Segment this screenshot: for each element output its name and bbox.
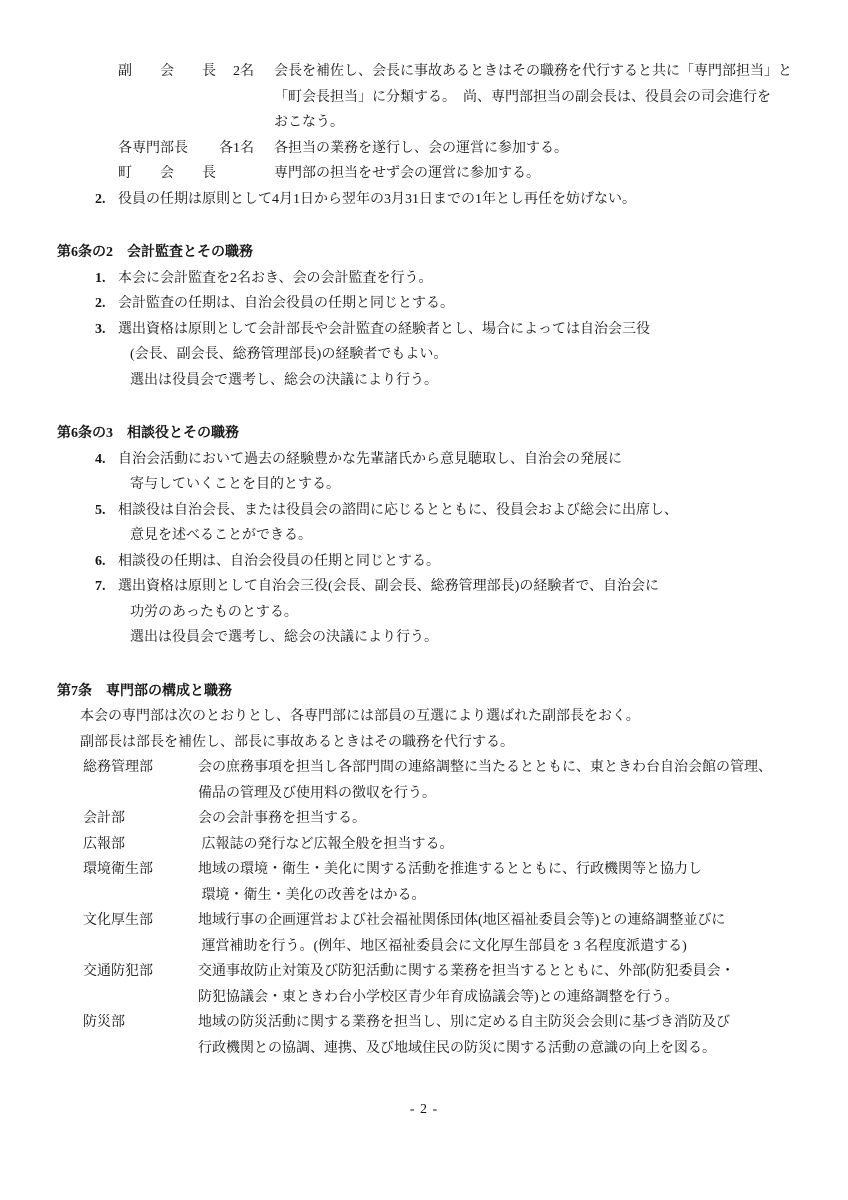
department-row: 文化厚生部地域行事の企画運営および社会福祉関係団体(地区福祉委員会等)との連絡調…	[83, 908, 848, 959]
department-name: 広報部	[83, 832, 198, 858]
article-sections: 第6条の2 会計監査とその職務1.本会に会計監査を2名おき、会の会計監査を行う。…	[0, 240, 848, 1061]
article-7: 第7条 専門部の構成と職務本会の専門部は次のとおりとし、各専門部には部員の互選に…	[0, 679, 848, 1062]
item-number: 5.	[95, 498, 118, 524]
article-7-intro-line: 副部長は部長を補佐し、部長に事故あるときはその職務を代行する。	[80, 730, 848, 756]
item-number: 6.	[95, 549, 118, 575]
article-6-2: 第6条の2 会計監査とその職務1.本会に会計監査を2名おき、会の会計監査を行う。…	[0, 240, 848, 393]
article-6-2-item-first-line: 2.会計監査の任期は、自治会役員の任期と同じとする。	[95, 291, 848, 317]
article-6-3-item-first-line: 7.選出資格は原則として自治会三役(会長、副会長、総務管理部長)の経験者で、自治…	[95, 574, 848, 600]
article-6-3-item-first-line: 5.相談役は自治会長、または役員会の諮問に応じるとともに、役員会および総会に出席…	[95, 498, 848, 524]
item-continuation-line: 意見を述べることができる。	[95, 523, 848, 549]
article-6-2-item: 1.本会に会計監査を2名おき、会の会計監査を行う。	[95, 266, 848, 292]
officer-description: 会長を補佐し、会長に事故あるときはその職務を代行すると共に「専門部担当」と「町会…	[254, 59, 848, 136]
department-name: 会計部	[83, 806, 198, 832]
department-description: 会の会計事務を担当する。	[198, 806, 848, 832]
department-name: 文化厚生部	[83, 908, 198, 959]
item-number: 2.	[95, 291, 118, 317]
officer-duties-block: 副 会 長2名会長を補佐し、会長に事故あるときはその職務を代行すると共に「専門部…	[0, 59, 848, 212]
department-description-line: 環境・衛生・美化の改善をはかる。	[198, 883, 848, 909]
item-text: 相談役の任期は、自治会役員の任期と同じとする。	[118, 549, 848, 575]
department-row: 総務管理部会の庶務事項を担当し各部門間の連絡調整に当たるとともに、東ときわ台自治…	[83, 755, 848, 806]
department-description: 地域の環境・衛生・美化に関する活動を推進するとともに、行政機関等と協力し 環境・…	[198, 857, 848, 908]
officer-description-line: 各担当の業務を遂行し、会の運営に参加する。	[274, 136, 848, 162]
department-row: 環境衛生部地域の環境・衛生・美化に関する活動を推進するとともに、行政機関等と協力…	[83, 857, 848, 908]
item-text: 相談役は自治会長、または役員会の諮問に応じるとともに、役員会および総会に出席し、	[118, 498, 848, 524]
item-continuation-line: 功労のあったものとする。	[95, 600, 848, 626]
article-6-3-item-first-line: 4.自治会活動において過去の経験豊かな先輩諸氏から意見聴取し、自治会の発展に	[95, 447, 848, 473]
item-text: 自治会活動において過去の経験豊かな先輩諸氏から意見聴取し、自治会の発展に	[118, 447, 848, 473]
department-row: 会計部会の会計事務を担当する。	[83, 806, 848, 832]
officer-term-item: 2.役員の任期は原則として4月1日から翌年の3月31日までの1年とし再任を妨げな…	[0, 187, 848, 213]
department-row: 交通防犯部交通事故防止対策及び防犯活動に関する業務を担当するとともに、外部(防犯…	[83, 959, 848, 1010]
item-text: 会計監査の任期は、自治会役員の任期と同じとする。	[118, 291, 848, 317]
department-description-line: 地域行事の企画運営および社会福祉関係団体(地区福祉委員会等)との連絡調整並びに	[198, 908, 848, 934]
item-continuation-line: (会長、副会長、総務管理部長)の経験者でもよい。	[95, 342, 848, 368]
officer-count	[214, 161, 254, 187]
department-description-line: 行政機関との協調、連携、及び地域住民の防災に関する活動の意識の向上を図る。	[198, 1036, 848, 1062]
article-6-3-item: 7.選出資格は原則として自治会三役(会長、副会長、総務管理部長)の経験者で、自治…	[95, 574, 848, 651]
officer-role: 町 会 長	[118, 161, 214, 187]
officer-description-line: 「町会長担当」に分類する。 尚、専門部担当の副会長は、役員会の司会進行を	[274, 85, 848, 111]
officer-description-line: 会長を補佐し、会長に事故あるときはその職務を代行すると共に「専門部担当」と	[274, 59, 848, 85]
department-description: 地域行事の企画運営および社会福祉関係団体(地区福祉委員会等)との連絡調整並びに …	[198, 908, 848, 959]
officer-count: 2名	[214, 59, 254, 136]
article-6-3-item-first-line: 6.相談役の任期は、自治会役員の任期と同じとする。	[95, 549, 848, 575]
department-name: 環境衛生部	[83, 857, 198, 908]
department-description-line: 防犯協議会・東ときわ台小学校区青少年育成協議会等)との連絡調整を行う。	[198, 985, 848, 1011]
article-6-2-item: 2.会計監査の任期は、自治会役員の任期と同じとする。	[95, 291, 848, 317]
item-continuation-line: 選出は役員会で選考し、総会の決議により行う。	[95, 625, 848, 651]
officer-role: 各専門部長	[118, 136, 214, 162]
officer-description-line: おこなう。	[274, 110, 848, 136]
item-number: 2.	[95, 187, 118, 213]
department-name: 総務管理部	[83, 755, 198, 806]
article-6-3-item: 4.自治会活動において過去の経験豊かな先輩諸氏から意見聴取し、自治会の発展に寄与…	[95, 447, 848, 498]
document-page: 副 会 長2名会長を補佐し、会長に事故あるときはその職務を代行すると共に「専門部…	[0, 0, 848, 1200]
item-number: 4.	[95, 447, 118, 473]
officer-row: 副 会 長2名会長を補佐し、会長に事故あるときはその職務を代行すると共に「専門部…	[118, 59, 848, 136]
article-6-3-item: 6.相談役の任期は、自治会役員の任期と同じとする。	[95, 549, 848, 575]
department-row: 防災部地域の防災活動に関する業務を担当し、別に定める自主防災会会則に基づき消防及…	[83, 1010, 848, 1061]
item-continuation-line: 寄与していくことを目的とする。	[95, 472, 848, 498]
officer-row: 町 会 長専門部の担当をせず会の運営に参加する。	[118, 161, 848, 187]
department-description: 交通事故防止対策及び防犯活動に関する業務を担当するとともに、外部(防犯委員会・防…	[198, 959, 848, 1010]
page-number: - 2 -	[0, 1097, 848, 1123]
department-row: 広報部 広報誌の発行など広報全般を担当する。	[83, 832, 848, 858]
officer-rows: 副 会 長2名会長を補佐し、会長に事故あるときはその職務を代行すると共に「専門部…	[0, 59, 848, 187]
officer-row: 各専門部長各1名各担当の業務を遂行し、会の運営に参加する。	[118, 136, 848, 162]
department-description-line: 会の庶務事項を担当し各部門間の連絡調整に当たるとともに、東ときわ台自治会館の管理…	[198, 755, 848, 781]
officer-count: 各1名	[214, 136, 254, 162]
department-description-line: 備品の管理及び使用料の徴収を行う。	[198, 781, 848, 807]
department-description: 会の庶務事項を担当し各部門間の連絡調整に当たるとともに、東ときわ台自治会館の管理…	[198, 755, 848, 806]
article-7-heading: 第7条 専門部の構成と職務	[57, 679, 848, 705]
term-item-first-line: 2.役員の任期は原則として4月1日から翌年の3月31日までの1年とし再任を妨げな…	[95, 187, 848, 213]
article-6-2-item-first-line: 1.本会に会計監査を2名おき、会の会計監査を行う。	[95, 266, 848, 292]
item-number: 3.	[95, 317, 118, 343]
department-description: 広報誌の発行など広報全般を担当する。	[198, 832, 848, 858]
officer-description: 専門部の担当をせず会の運営に参加する。	[254, 161, 848, 187]
item-text: 選出資格は原則として会計部長や会計監査の経験者とし、場合によっては自治会三役	[118, 317, 848, 343]
article-6-2-heading: 第6条の2 会計監査とその職務	[57, 240, 848, 266]
item-text: 役員の任期は原則として4月1日から翌年の3月31日までの1年とし再任を妨げない。	[118, 187, 848, 213]
department-name: 交通防犯部	[83, 959, 198, 1010]
item-text: 選出資格は原則として自治会三役(会長、副会長、総務管理部長)の経験者で、自治会に	[118, 574, 848, 600]
article-6-2-item-first-line: 3.選出資格は原則として会計部長や会計監査の経験者とし、場合によっては自治会三役	[95, 317, 848, 343]
article-7-intro-line: 本会の専門部は次のとおりとし、各専門部には部員の互選により選ばれた副部長をおく。	[80, 704, 848, 730]
department-description-line: 運営補助を行う。(例年、地区福祉委員会に文化厚生部員を 3 名程度派遣する)	[198, 934, 848, 960]
document-content: 副 会 長2名会長を補佐し、会長に事故あるときはその職務を代行すると共に「専門部…	[0, 0, 848, 1061]
department-description: 地域の防災活動に関する業務を担当し、別に定める自主防災会会則に基づき消防及び行政…	[198, 1010, 848, 1061]
officer-role: 副 会 長	[118, 59, 214, 136]
department-description-line: 地域の環境・衛生・美化に関する活動を推進するとともに、行政機関等と協力し	[198, 857, 848, 883]
article-6-3-item: 5.相談役は自治会長、または役員会の諮問に応じるとともに、役員会および総会に出席…	[95, 498, 848, 549]
department-description-line: 地域の防災活動に関する業務を担当し、別に定める自主防災会会則に基づき消防及び	[198, 1010, 848, 1036]
officer-description: 各担当の業務を遂行し、会の運営に参加する。	[254, 136, 848, 162]
term-item: 2.役員の任期は原則として4月1日から翌年の3月31日までの1年とし再任を妨げな…	[95, 187, 848, 213]
item-number: 1.	[95, 266, 118, 292]
item-number: 7.	[95, 574, 118, 600]
article-6-3-heading: 第6条の3 相談役とその職務	[57, 421, 848, 447]
department-description-line: 交通事故防止対策及び防犯活動に関する業務を担当するとともに、外部(防犯委員会・	[198, 959, 848, 985]
item-text: 本会に会計監査を2名おき、会の会計監査を行う。	[118, 266, 848, 292]
department-description-line: 会の会計事務を担当する。	[198, 806, 848, 832]
department-name: 防災部	[83, 1010, 198, 1061]
department-description-line: 広報誌の発行など広報全般を担当する。	[198, 832, 848, 858]
officer-description-line: 専門部の担当をせず会の運営に参加する。	[274, 161, 848, 187]
article-6-2-item: 3.選出資格は原則として会計部長や会計監査の経験者とし、場合によっては自治会三役…	[95, 317, 848, 394]
item-continuation-line: 選出は役員会で選考し、総会の決議により行う。	[95, 368, 848, 394]
article-6-3: 第6条の3 相談役とその職務4.自治会活動において過去の経験豊かな先輩諸氏から意…	[0, 421, 848, 651]
